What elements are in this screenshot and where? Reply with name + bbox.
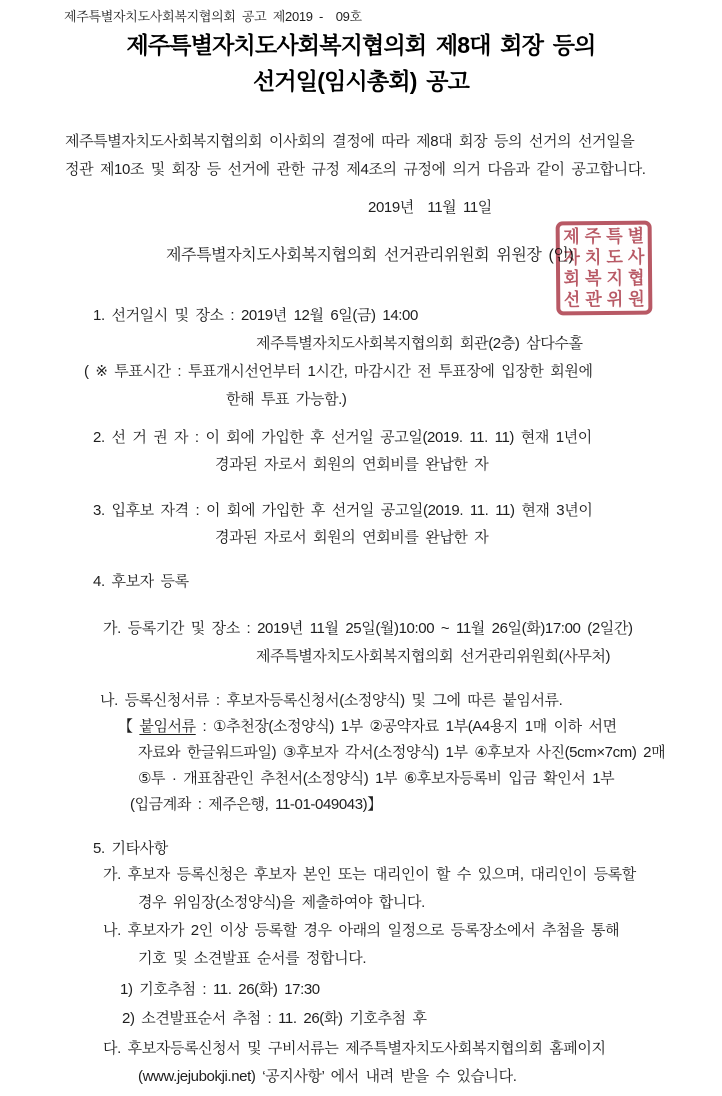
seal-char: 제 bbox=[561, 226, 582, 247]
seal-char: 자 bbox=[561, 247, 582, 268]
section-3-heading: 3. 입후보 자격 : 이 회에 가입한 후 선거일 공고일(2019. 11.… bbox=[93, 500, 592, 522]
seal-char: 복 bbox=[583, 268, 604, 289]
attachment-line-2: 자료와 한글워드파일) ③후보자 각서(소정양식) 1부 ④후보자 사진(5cm… bbox=[138, 742, 665, 764]
seal-char: 회 bbox=[561, 268, 582, 289]
section-5-heading: 5. 기타사항 bbox=[93, 838, 168, 860]
section-1-note-line-2: 한해 투표 가능함.) bbox=[226, 389, 347, 411]
attachment-bracket-open: 【 bbox=[118, 718, 139, 735]
section-4-item-ga-place: 제주특별자치도사회복지협의회 선거관리위원회(사무처) bbox=[256, 646, 610, 668]
section-5-sub-1: 1) 기호추첨 : 11. 26(화) 17:30 bbox=[120, 979, 320, 1001]
issuer-line: 제주특별자치도사회복지협의회 선거관리위원회 위원장 (인) bbox=[166, 245, 573, 267]
seal-char: 협 bbox=[626, 268, 647, 289]
attachment-line-1-rest: : ①추천장(소정양식) 1부 ②공약자료 1부(A4용지 1매 이하 서면 bbox=[196, 718, 617, 735]
seal-char: 원 bbox=[626, 289, 647, 310]
seal-char: 위 bbox=[604, 289, 625, 310]
section-4-heading: 4. 후보자 등록 bbox=[93, 571, 189, 593]
seal-char: 별 bbox=[625, 226, 646, 247]
section-2-heading: 2. 선 거 권 자 : 이 회에 가입한 후 선거일 공고일(2019. 11… bbox=[93, 427, 592, 449]
seal-char: 주 bbox=[582, 226, 603, 247]
title-line-2: 선거일(임시총회) 공고 bbox=[0, 63, 722, 96]
seal-char: 사 bbox=[626, 247, 647, 268]
section-5-sub-2: 2) 소견발표순서 추첨 : 11. 26(화) 기호추첨 후 bbox=[122, 1008, 427, 1030]
section-5-item-da-line-1: 다. 후보자등록신청서 및 구비서류는 제주특별자치도사회복지협의회 홈페이지 bbox=[103, 1038, 606, 1060]
seal-char: 지 bbox=[604, 268, 625, 289]
seal-char: 도 bbox=[604, 247, 625, 268]
official-seal-stamp: 제 주 특 별 자 치 도 사 회 복 지 협 선 관 위 원 bbox=[556, 221, 653, 316]
section-1-heading: 1. 선거일시 및 장소 : 2019년 12월 6일(금) 14:00 bbox=[93, 305, 418, 327]
section-5-item-na-line-2: 기호 및 소견발표 순서를 정합니다. bbox=[138, 948, 366, 970]
seal-char: 관 bbox=[583, 289, 604, 310]
doc-number: 제주특별자치도사회복지협의회 공고 제2019 - 09호 bbox=[64, 6, 362, 28]
date-line: 2019년 11월 11일 bbox=[368, 197, 492, 219]
intro-line-2: 정관 제10조 및 회장 등 선거에 관한 규정 제4조의 규정에 의거 다음과… bbox=[65, 159, 646, 181]
section-5-item-na-line-1: 나. 후보자가 2인 이상 등록할 경우 아래의 일정으로 등록장소에서 추첨을… bbox=[103, 920, 619, 942]
section-1-note-line-1: ( ※ 투표시간 : 투표개시선언부터 1시간, 마감시간 전 투표장에 입장한… bbox=[84, 361, 593, 383]
section-5-item-ga-line-1: 가. 후보자 등록신청은 후보자 본인 또는 대리인이 할 수 있으며, 대리인… bbox=[103, 864, 636, 886]
announcement-document: 제주특별자치도사회복지협의회 공고 제2019 - 09호 제주특별자치도사회복… bbox=[0, 0, 722, 1096]
section-3-line-2: 경과된 자로서 회원의 연회비를 완납한 자 bbox=[215, 527, 488, 549]
section-4-item-na: 나. 등록신청서류 : 후보자등록신청서(소정양식) 및 그에 따른 붙임서류. bbox=[100, 690, 562, 712]
attachment-line-3: ⑤투 · 개표참관인 추천서(소정양식) 1부 ⑥후보자등록비 입금 확인서 1… bbox=[138, 768, 614, 790]
section-4-item-ga: 가. 등록기간 및 장소 : 2019년 11월 25일(월)10:00 ~ 1… bbox=[103, 618, 633, 640]
section-2-line-2: 경과된 자로서 회원의 연회비를 완납한 자 bbox=[215, 454, 488, 476]
seal-char: 치 bbox=[583, 247, 604, 268]
intro-line-1: 제주특별자치도사회복지협의회 이사회의 결정에 따라 제8대 회장 등의 선거의… bbox=[65, 131, 634, 153]
section-5-item-ga-line-2: 경우 위임장(소정양식)을 제출하여야 합니다. bbox=[138, 892, 425, 914]
seal-char: 선 bbox=[561, 289, 582, 310]
attachment-line-1: 【 붙임서류 : ①추천장(소정양식) 1부 ②공약자료 1부(A4용지 1매 … bbox=[118, 716, 617, 738]
section-5-item-da-line-2: (www.jejubokji.net) ‘공지사항’ 에서 내려 받을 수 있습… bbox=[138, 1066, 516, 1088]
attachment-label: 붙임서류 bbox=[139, 718, 195, 735]
section-1-venue: 제주특별자치도사회복지협의회 회관(2층) 삼다수홀 bbox=[256, 333, 583, 355]
seal-char: 특 bbox=[604, 226, 625, 247]
title-line-1: 제주특별자치도사회복지협의회 제8대 회장 등의 bbox=[0, 27, 722, 60]
attachment-line-4: (입금계좌 : 제주은행, 11-01-049043)】 bbox=[130, 794, 382, 816]
